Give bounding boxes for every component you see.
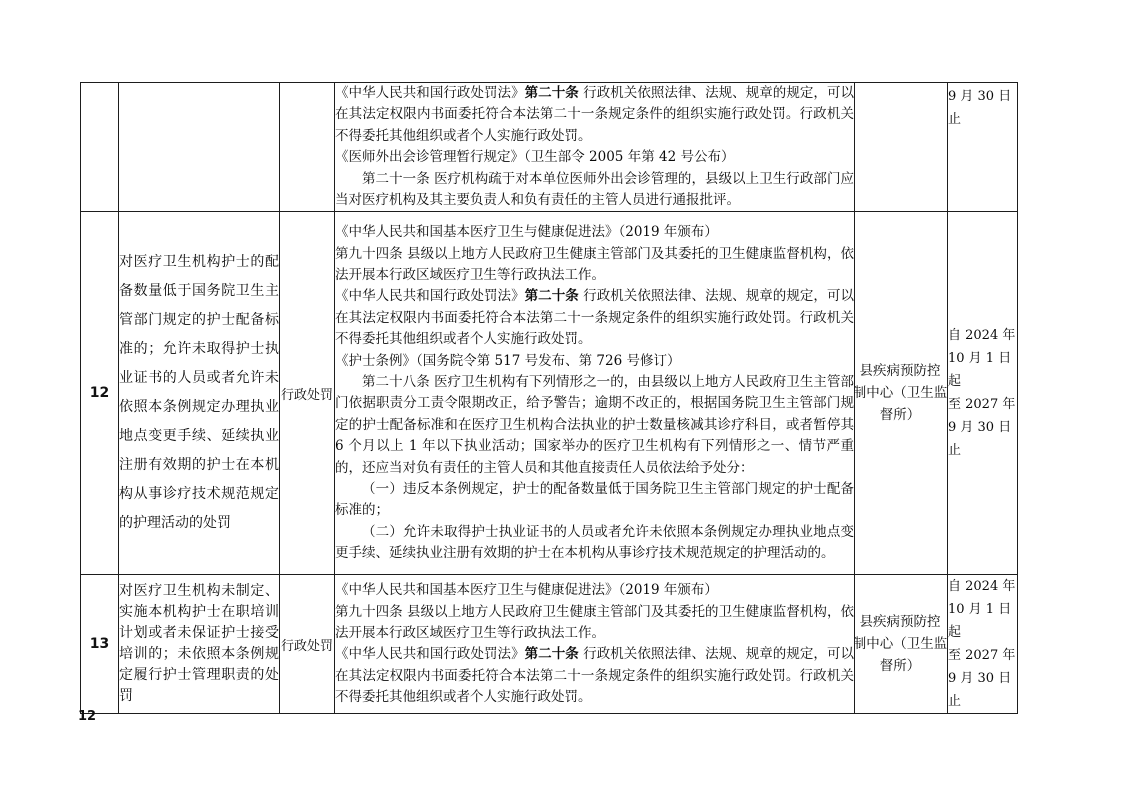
legal-paragraph: 《中华人民共和国基本医疗卫生与健康促进法》（2019 年颁布） (335, 222, 854, 243)
legal-paragraph: 《医师外出会诊管理暂行规定》（卫生部令 2005 年第 42 号公布） (335, 147, 854, 168)
agency-text: 县疾病预防控 制中心（卫生监 督所） (855, 611, 948, 677)
legal-paragraph: 第九十四条 县级以上地方人民政府卫生健康主管部门及其委托的卫生健康监督机构，依法… (335, 244, 854, 287)
period-cell: 自 2024 年 10 月 1 日起 至 2027 年 9 月 30 日止 (948, 575, 1018, 714)
penalty-type-cell: 行政处罚 (280, 212, 335, 575)
legal-paragraph: 《护士条例》（国务院令第 517 号发布、第 726 号修订） (335, 351, 854, 372)
period-cell: 自 2024 年 10 月 1 日起 至 2027 年 9 月 30 日止 (948, 212, 1018, 575)
legal-paragraph: （一）违反本条例规定，护士的配备数量低于国务院卫生主管部门规定的护士配备标准的； (335, 479, 854, 522)
penalty-type-cell (280, 83, 335, 212)
legal-paragraph: 《中华人民共和国基本医疗卫生与健康促进法》（2019 年颁布） (335, 580, 854, 601)
legal-paragraph: 第二十八条 医疗卫生机构有下列情形之一的，由县级以上地方人民政府卫生主管部门依据… (335, 372, 854, 479)
item-name-cell: 对医疗卫生机构护士的配备数量低于国务院卫生主管部门规定的护士配备标准的；允许未取… (119, 212, 280, 575)
agency-text: 县疾病预防控 制中心（卫生监 督所） (855, 360, 948, 426)
page-number: 12 (78, 709, 96, 724)
item-name-cell: 对医疗卫生机构未制定、实施本机构护士在职培训计划或者未保证护士接受培训的；未依照… (119, 575, 280, 714)
document-page: 《中华人民共和国行政处罚法》第二十条 行政机关依照法律、法规、规章的规定，可以在… (0, 0, 1122, 793)
seq-cell: 12 (81, 212, 119, 575)
period-cell: 9 月 30 日止 (948, 83, 1018, 212)
item-name-cell (119, 83, 280, 212)
penalty-items-table: 《中华人民共和国行政处罚法》第二十条 行政机关依照法律、法规、规章的规定，可以在… (80, 82, 1018, 714)
legal-basis-cell: 《中华人民共和国基本医疗卫生与健康促进法》（2019 年颁布）第九十四条 县级以… (335, 212, 855, 575)
legal-basis-cell: 《中华人民共和国行政处罚法》第二十条 行政机关依照法律、法规、规章的规定，可以在… (335, 83, 855, 212)
legal-paragraph: 《中华人民共和国行政处罚法》第二十条 行政机关依照法律、法规、规章的规定，可以在… (335, 644, 854, 708)
agency-cell: 县疾病预防控 制中心（卫生监 督所） (855, 575, 948, 714)
legal-paragraph: （二）允许未取得护士执业证书的人员或者允许未依照本条例规定办理执业地点变更手续、… (335, 522, 854, 565)
legal-paragraph: 《中华人民共和国行政处罚法》第二十条 行政机关依照法律、法规、规章的规定，可以在… (335, 286, 854, 350)
table-row-continuation: 《中华人民共和国行政处罚法》第二十条 行政机关依照法律、法规、规章的规定，可以在… (81, 83, 1018, 212)
seq-cell: 13 (81, 575, 119, 714)
legal-paragraph: 第九十四条 县级以上地方人民政府卫生健康主管部门及其委托的卫生健康监督机构，依法… (335, 602, 854, 645)
seq-cell (81, 83, 119, 212)
agency-cell (855, 83, 948, 212)
legal-basis-cell: 《中华人民共和国基本医疗卫生与健康促进法》（2019 年颁布）第九十四条 县级以… (335, 575, 855, 714)
legal-paragraph: 第二十一条 医疗机构疏于对本单位医师外出会诊管理的，县级以上卫生行政部门应当对医… (335, 169, 854, 212)
agency-cell: 县疾病预防控 制中心（卫生监 督所） (855, 212, 948, 575)
table-row-12: 12 对医疗卫生机构护士的配备数量低于国务院卫生主管部门规定的护士配备标准的；允… (81, 212, 1018, 575)
table-row-13: 13 对医疗卫生机构未制定、实施本机构护士在职培训计划或者未保证护士接受培训的；… (81, 575, 1018, 714)
penalty-type-cell: 行政处罚 (280, 575, 335, 714)
legal-paragraph: 《中华人民共和国行政处罚法》第二十条 行政机关依照法律、法规、规章的规定，可以在… (335, 83, 854, 147)
